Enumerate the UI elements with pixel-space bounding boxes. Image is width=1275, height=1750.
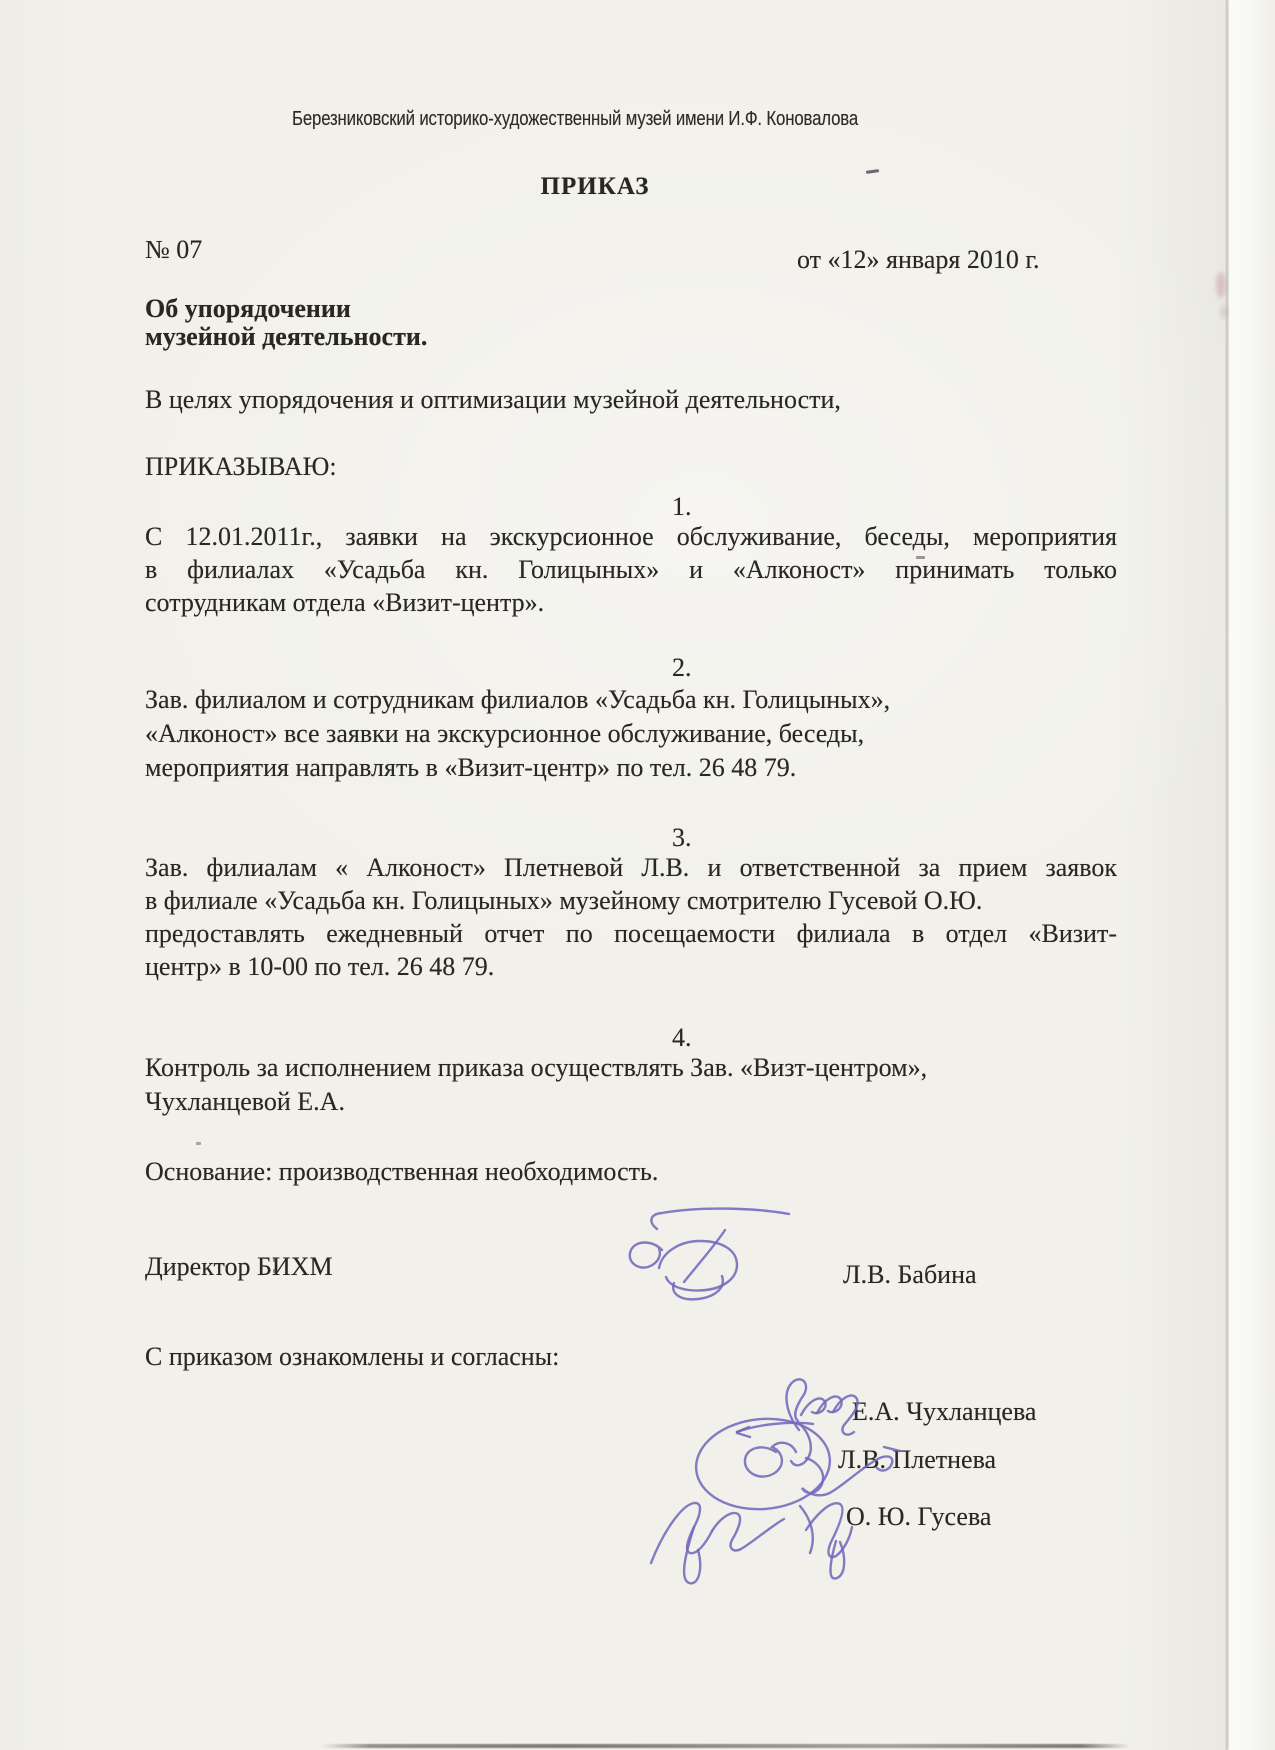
- item-2-line-2: «Алконост» все заявки на экскурсионное о…: [145, 717, 1117, 750]
- scan-speck-3: [273, 1258, 276, 1262]
- scanner-background-strip: [1228, 0, 1275, 1750]
- organization-name: Березниковский историко-художественный м…: [214, 106, 936, 132]
- item-1-line-3: сотрудникам отдела «Визит-центр».: [145, 586, 1117, 619]
- order-word: ПРИКАЗЫВАЮ:: [145, 450, 1117, 483]
- signer-name: Л.В. Бабина: [843, 1258, 1143, 1291]
- preamble: В целях упорядочения и оптимизации музей…: [145, 383, 1117, 416]
- order-number: № 07: [145, 233, 345, 266]
- edge-smudge-pink: [1216, 272, 1226, 298]
- scan-speck-4: [273, 1269, 276, 1273]
- item-4-number: 4.: [672, 1021, 732, 1054]
- item-4-line-1: Контроль за исполнением приказа осуществ…: [145, 1051, 1117, 1084]
- bottom-scan-shadow: [322, 1744, 1130, 1748]
- basis-line: Основание: производственная необходимост…: [145, 1155, 1117, 1188]
- item-2-line-1: Зав. филиалом и сотрудникам филиалов «Ус…: [145, 683, 1117, 716]
- item-2-line-3: мероприятия направлять в «Визит-центр» п…: [145, 751, 1117, 784]
- acknowledgment-signatures-ink: [620, 1370, 920, 1600]
- item-3-number: 3.: [672, 821, 732, 854]
- paper-right-shading: [1120, 0, 1226, 1750]
- item-3-line-2: в филиале «Усадьба кн. Голицыных» музейн…: [145, 884, 1117, 917]
- scan-speck-5: [196, 1142, 201, 1145]
- item-1-number: 1.: [672, 490, 732, 523]
- document-page: Березниковский историко-художественный м…: [0, 0, 1275, 1750]
- scan-speck-2: [916, 556, 925, 559]
- order-date: от «12» января 2010 г.: [797, 243, 1127, 276]
- item-3-line-1: Зав. филиалам « Алконост» Плетневой Л.В.…: [145, 851, 1117, 884]
- document-title: ПРИКАЗ: [145, 170, 1025, 203]
- edge-smudge-gray: [1220, 305, 1228, 319]
- subject-line-2: музейной деятельности.: [145, 323, 1117, 351]
- paper-edge-shadow: [1226, 0, 1229, 1750]
- signer-position: Директор БИХМ: [145, 1250, 545, 1283]
- subject-line-1: Об упорядочении: [145, 295, 1117, 323]
- item-3-line-4: центр» в 10-00 по тел. 26 48 79.: [145, 950, 1117, 983]
- director-signature-ink: [600, 1195, 820, 1315]
- item-3-line-3: предоставлять ежедневный отчет по посеща…: [145, 917, 1117, 950]
- item-2-number: 2.: [672, 651, 732, 684]
- item-1-line-1: С 12.01.2011г., заявки на экскурсионное …: [145, 520, 1117, 553]
- item-1-line-2: в филиалах «Усадьба кн. Голицыных» и «Ал…: [145, 553, 1117, 586]
- item-4-line-2: Чухланцевой Е.А.: [145, 1085, 1117, 1118]
- acknowledgment-label: С приказом ознакомлены и согласны:: [145, 1340, 1117, 1373]
